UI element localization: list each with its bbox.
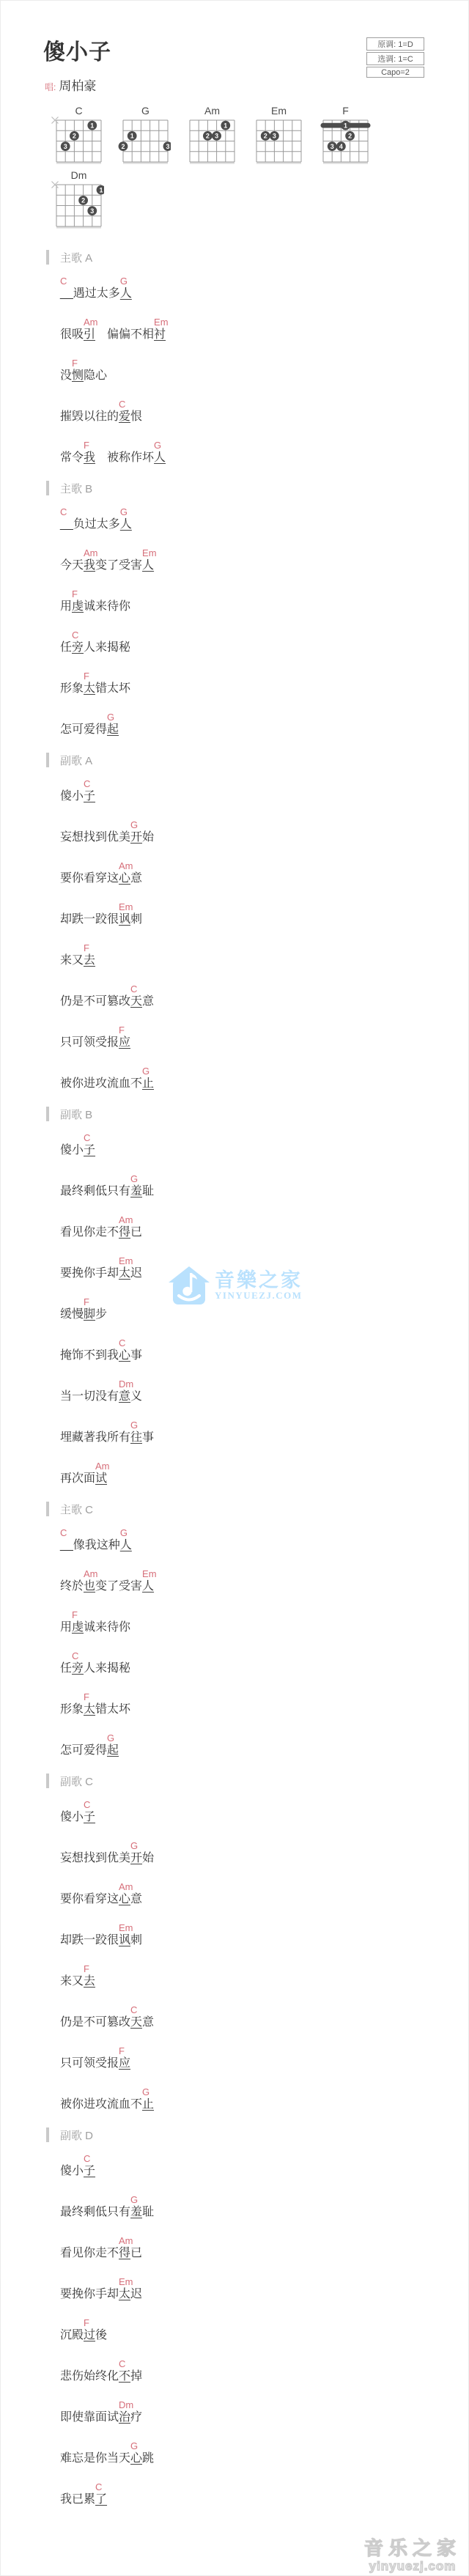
lyric-token: 遇过太多 bbox=[73, 287, 120, 300]
lyric-text: 迟 bbox=[130, 1266, 142, 1280]
lyric-text: 心 bbox=[119, 871, 130, 885]
chord-label: C bbox=[119, 2358, 125, 2369]
lyric-token: Am也 bbox=[84, 1579, 95, 1593]
lyric-text: 子 bbox=[84, 1810, 95, 1824]
lyric-token: F恻 bbox=[72, 369, 84, 383]
lyric-text: 应 bbox=[119, 2056, 130, 2070]
chord-label: G bbox=[130, 2440, 138, 2451]
chord-diagram-f: F1234 bbox=[317, 106, 371, 166]
singer-name: 周柏豪 bbox=[59, 79, 96, 93]
section-label: 副歌 A bbox=[60, 753, 92, 768]
lyric-token: 被你进攻流血不 bbox=[60, 1077, 142, 1090]
chord-label: F bbox=[72, 1609, 78, 1620]
lyric-text: 终於 bbox=[60, 1579, 84, 1593]
lyric-line: 今天Am我变了受害Em人 bbox=[60, 547, 469, 572]
section-label: 副歌 D bbox=[60, 2127, 93, 2143]
lyric-text: 事 bbox=[130, 1348, 142, 1362]
lyric-text: 心 bbox=[119, 1348, 130, 1362]
lyric-text: 要挽你手却 bbox=[60, 2287, 119, 2301]
lyric-text: 要你看穿这 bbox=[60, 1892, 119, 1906]
lyric-token: C子 bbox=[84, 2164, 95, 2178]
lyric-text: 去 bbox=[84, 1974, 95, 1988]
chord-label: G bbox=[142, 2086, 149, 2097]
lyric-text: 偏偏不相 bbox=[95, 328, 154, 342]
lyric-text: 妄想找到优美 bbox=[60, 830, 130, 844]
svg-text:3: 3 bbox=[166, 143, 169, 150]
lyric-line: 只可领受报F应 bbox=[60, 2045, 469, 2070]
lyric-text: 治 bbox=[119, 2410, 130, 2424]
lyric-text: 当一切没有 bbox=[60, 1390, 119, 1403]
chord-label: C bbox=[60, 506, 67, 517]
lyric-text: 也 bbox=[84, 1579, 95, 1593]
svg-text:1: 1 bbox=[344, 122, 347, 129]
lyric-text: 已 bbox=[130, 1225, 142, 1239]
lyric-token: 刺 bbox=[130, 912, 142, 926]
lyric-token: G羞 bbox=[130, 2205, 142, 2219]
chord-label: C bbox=[130, 983, 137, 994]
lyric-line: 沉殿F过後 bbox=[60, 2317, 469, 2342]
lyric-text: 得 bbox=[119, 1225, 130, 1239]
section-header: 副歌 C bbox=[46, 1774, 469, 1788]
lyric-text: 後 bbox=[95, 2328, 107, 2342]
chord-label: Em bbox=[119, 901, 133, 912]
lyric-token: F虔 bbox=[72, 1620, 84, 1634]
lyric-token: C心 bbox=[119, 1348, 130, 1362]
lyric-text: 却跌一跤很 bbox=[60, 912, 119, 926]
lyric-token: Dm治 bbox=[119, 2410, 130, 2424]
lyric-line: 妄想找到优美G开始 bbox=[60, 819, 469, 844]
lyric-line: 缓慢F脚步 bbox=[60, 1296, 469, 1321]
lyric-text: 义 bbox=[130, 1390, 142, 1403]
lyric-token: 却跌一跤很 bbox=[60, 912, 119, 926]
lyric-line: 摧毁以往的C爱恨 bbox=[60, 399, 469, 424]
lyric-token: G心 bbox=[130, 2451, 142, 2465]
lyric-text: 傻小 bbox=[60, 2164, 84, 2178]
lyric-token: 意 bbox=[130, 1892, 142, 1906]
lyric-token: G止 bbox=[142, 1077, 154, 1090]
svg-text:2: 2 bbox=[348, 133, 352, 140]
lyric-token: 耻 bbox=[142, 1184, 154, 1198]
lyric-token: 却跌一跤很 bbox=[60, 1933, 119, 1947]
lyric-text: 始 bbox=[142, 830, 154, 844]
lyric-text: 虔 bbox=[72, 599, 84, 613]
chord-label: Am bbox=[84, 1568, 98, 1579]
lyric-token: Em太 bbox=[119, 2287, 130, 2301]
lyric-text: 最终剩低只有 bbox=[60, 1184, 130, 1198]
section-header: 副歌 D bbox=[46, 2127, 469, 2142]
chord-label: F bbox=[84, 1296, 89, 1307]
song-section: 主歌 CC__像我这种G人终於Am也变了受害Em人用F虔诚来待你任C旁人来揭秘形… bbox=[60, 1502, 469, 1757]
lyric-token: F太 bbox=[84, 1702, 95, 1716]
lyric-line: C__像我这种G人 bbox=[60, 1527, 469, 1552]
chord-label: C bbox=[72, 630, 78, 641]
lyric-text: 起 bbox=[107, 1743, 119, 1757]
lyric-text: 已 bbox=[130, 2246, 142, 2260]
lyric-token: F去 bbox=[84, 1974, 95, 1988]
lyric-text: 沉殿 bbox=[60, 2328, 84, 2342]
section-header: 主歌 B bbox=[46, 481, 469, 495]
lyric-token: 要挽你手却 bbox=[60, 1266, 119, 1280]
lyric-text: 往 bbox=[130, 1431, 142, 1444]
lyric-text: 恨 bbox=[130, 410, 142, 424]
lyric-token: 傻小 bbox=[60, 789, 84, 803]
lyric-token: 妄想找到优美 bbox=[60, 830, 130, 844]
svg-text:3: 3 bbox=[273, 133, 276, 140]
chord-label: C bbox=[72, 1650, 78, 1661]
svg-text:2: 2 bbox=[73, 133, 76, 140]
lyric-token: 变了受害 bbox=[95, 558, 142, 572]
lyric-token: F我 bbox=[84, 451, 95, 465]
lyric-token: 用 bbox=[60, 599, 72, 613]
lyric-token: G止 bbox=[142, 2097, 154, 2111]
lyric-line: 任C旁人来揭秘 bbox=[60, 1650, 469, 1675]
lyric-line: 却跌一跤很Em讽刺 bbox=[60, 901, 469, 926]
lyric-line: 形象F太错太坏 bbox=[60, 671, 469, 695]
lyric-text: __ bbox=[60, 517, 73, 531]
singer-label: 唱: bbox=[45, 82, 56, 92]
chord-label: G bbox=[120, 506, 128, 517]
lyric-line: 要挽你手却Em太迟 bbox=[60, 2276, 469, 2301]
lyric-text: 人来揭秘 bbox=[84, 641, 130, 654]
lyric-token: Em讽 bbox=[119, 1933, 130, 1947]
chord-label: Am bbox=[84, 547, 98, 558]
chord-diagram-name: Am bbox=[204, 106, 220, 117]
lyric-text: 傻小 bbox=[60, 1810, 84, 1824]
chord-label: F bbox=[119, 1025, 125, 1036]
lyric-line: 傻小C子 bbox=[60, 778, 469, 803]
lyric-text: 来又 bbox=[60, 953, 84, 967]
chord-label: G bbox=[130, 1420, 138, 1431]
lyric-token: C不 bbox=[119, 2369, 130, 2383]
lyric-text: 怎可爱得 bbox=[60, 723, 107, 737]
lyric-token: 用 bbox=[60, 1620, 72, 1634]
lyric-token: 要你看穿这 bbox=[60, 871, 119, 885]
lyric-token: Am心 bbox=[119, 1892, 130, 1906]
svg-text:1: 1 bbox=[99, 186, 103, 193]
chord-label: Em bbox=[154, 317, 169, 328]
chord-sheet-page: 傻小子 原调: 1=D 选调: 1=C Capo=2 唱:周柏豪 C321G21… bbox=[0, 0, 469, 2576]
key-original-row: 原调: 1=D bbox=[366, 37, 424, 51]
section-label: 副歌 B bbox=[60, 1107, 92, 1122]
lyric-text: 今天 bbox=[60, 558, 84, 572]
lyric-line: 傻小C子 bbox=[60, 1132, 469, 1157]
lyric-text: 仍是不可篡改 bbox=[60, 2015, 130, 2029]
lyric-line: 却跌一跤很Em讽刺 bbox=[60, 1922, 469, 1947]
lyric-token: 迟 bbox=[130, 2287, 142, 2301]
lyric-line: 要挽你手却Em太迟 bbox=[60, 1255, 469, 1280]
lyric-line: 仍是不可篡改C天意 bbox=[60, 2004, 469, 2029]
lyric-text: 了 bbox=[95, 2492, 107, 2506]
lyric-text: 用 bbox=[60, 599, 72, 613]
lyric-token: 後 bbox=[95, 2328, 107, 2342]
lyric-token: 形象 bbox=[60, 682, 84, 695]
lyric-token: 我已累 bbox=[60, 2492, 95, 2506]
chord-label: G bbox=[130, 1173, 138, 1184]
lyric-line: 怎可爱得G起 bbox=[60, 1732, 469, 1757]
chord-label: C bbox=[84, 1799, 90, 1810]
chord-label: Dm bbox=[119, 2399, 133, 2410]
lyric-text: 诚来待你 bbox=[84, 599, 130, 613]
chord-label: F bbox=[84, 2317, 89, 2328]
lyric-text: 事 bbox=[142, 1431, 154, 1444]
lyric-token: 意 bbox=[130, 871, 142, 885]
lyric-token: Am得 bbox=[119, 1225, 130, 1239]
lyric-token: 迟 bbox=[130, 1266, 142, 1280]
lyric-line: 看见你走不Am得已 bbox=[60, 2235, 469, 2260]
chord-label: Am bbox=[95, 1461, 110, 1472]
lyric-token: 恨 bbox=[130, 410, 142, 424]
lyric-text: 错太坏 bbox=[95, 682, 130, 695]
chord-diagram-name: C bbox=[75, 106, 82, 117]
svg-text:2: 2 bbox=[121, 143, 125, 150]
lyric-token: 常令 bbox=[60, 451, 84, 465]
svg-text:4: 4 bbox=[339, 143, 343, 150]
chord-diagram-name: F bbox=[342, 106, 349, 117]
lyric-token: 只可领受报 bbox=[60, 1036, 119, 1049]
lyric-text: 错太坏 bbox=[95, 1702, 130, 1716]
lyric-text: 耻 bbox=[142, 2205, 154, 2219]
lyric-token: 看见你走不 bbox=[60, 2246, 119, 2260]
lyric-line: 难忘是你当天G心跳 bbox=[60, 2440, 469, 2465]
watermark-bottom-en: yinyuezj.com bbox=[364, 2559, 461, 2574]
lyric-token: 刺 bbox=[130, 1933, 142, 1947]
lyric-text: 隐心 bbox=[84, 369, 107, 383]
lyric-line: 掩饰不到我C心事 bbox=[60, 1337, 469, 1362]
chord-diagram-em: Em23 bbox=[251, 106, 304, 166]
lyric-token: 最终剩低只有 bbox=[60, 1184, 130, 1198]
chord-label: Am bbox=[119, 2235, 133, 2246]
lyric-line: 常令F我 被称作坏G人 bbox=[60, 440, 469, 465]
lyric-text: 傻小 bbox=[60, 1143, 84, 1157]
song-section: 副歌 A傻小C子妄想找到优美G开始要你看穿这Am心意却跌一跤很Em讽刺来又F去仍… bbox=[60, 753, 469, 1090]
lyric-line: 最终剩低只有G羞耻 bbox=[60, 2194, 469, 2219]
lyric-token: 错太坏 bbox=[95, 1702, 130, 1716]
chord-label: G bbox=[154, 440, 161, 451]
lyric-token: 仍是不可篡改 bbox=[60, 994, 130, 1008]
lyric-token: Em人 bbox=[142, 1579, 154, 1593]
lyric-text: __ bbox=[60, 287, 73, 300]
lyric-line: 仍是不可篡改C天意 bbox=[60, 983, 469, 1008]
lyric-text: 止 bbox=[142, 2097, 154, 2111]
lyric-text: 变了受害 bbox=[95, 558, 142, 572]
lyric-token: 义 bbox=[130, 1390, 142, 1403]
lyric-token: 今天 bbox=[60, 558, 84, 572]
lyric-text: 难忘是你当天 bbox=[60, 2451, 130, 2465]
lyric-text: 悲伤始终化 bbox=[60, 2369, 119, 2383]
lyric-text: 最终剩低只有 bbox=[60, 2205, 130, 2219]
lyric-token: Em太 bbox=[119, 1266, 130, 1280]
lyric-token: 掉 bbox=[130, 2369, 142, 2383]
watermark-bottom: 音乐之家 yinyuezj.com bbox=[364, 2537, 461, 2574]
svg-text:1: 1 bbox=[90, 122, 94, 129]
lyric-text: 遇过太多 bbox=[73, 287, 120, 300]
chord-label: C bbox=[84, 2153, 90, 2164]
lyric-text: 负过太多 bbox=[73, 517, 120, 531]
lyric-text: 始 bbox=[142, 1851, 154, 1865]
lyric-line: 任C旁人来揭秘 bbox=[60, 630, 469, 654]
lyric-text: 形象 bbox=[60, 1702, 84, 1716]
lyric-token: 人来揭秘 bbox=[84, 641, 130, 654]
lyric-line: 来又F去 bbox=[60, 942, 469, 967]
lyric-text: 太 bbox=[84, 682, 95, 695]
chord-label: C bbox=[119, 1337, 125, 1348]
lyric-token: 傻小 bbox=[60, 1143, 84, 1157]
chord-diagram-name: G bbox=[141, 106, 149, 117]
chord-diagram-name: Dm bbox=[71, 170, 87, 181]
chord-label: C bbox=[60, 1527, 67, 1538]
lyric-token: C__ bbox=[60, 287, 73, 300]
lyric-token: 事 bbox=[130, 1348, 142, 1362]
chord-diagram-row-1: C321G213Am231Em23F1234 bbox=[51, 106, 384, 166]
lyric-text: 仍是不可篡改 bbox=[60, 994, 130, 1008]
lyric-token: Am试 bbox=[95, 1472, 107, 1486]
lyric-text: 人 bbox=[142, 1579, 154, 1593]
lyric-text: 人 bbox=[142, 558, 154, 572]
section-bar-icon bbox=[46, 2127, 49, 2142]
lyric-token: 错太坏 bbox=[95, 682, 130, 695]
lyric-token: 沉殿 bbox=[60, 2328, 84, 2342]
lyric-token: 悲伤始终化 bbox=[60, 2369, 119, 2383]
lyric-text: 我已累 bbox=[60, 2492, 95, 2506]
chord-label: Dm bbox=[119, 1379, 133, 1390]
lyric-token: 掩饰不到我 bbox=[60, 1348, 119, 1362]
lyric-text: 要你看穿这 bbox=[60, 871, 119, 885]
lyric-token: Am我 bbox=[84, 558, 95, 572]
chord-label: Am bbox=[119, 860, 133, 871]
lyric-token: 被你进攻流血不 bbox=[60, 2097, 142, 2111]
lyric-token: 最终剩低只有 bbox=[60, 2205, 130, 2219]
lyric-line: 埋藏著我所有G往事 bbox=[60, 1420, 469, 1444]
lyric-text: 天 bbox=[130, 994, 142, 1008]
lyric-text: 太 bbox=[84, 1702, 95, 1716]
lyric-token: C了 bbox=[95, 2492, 107, 2506]
section-label: 副歌 C bbox=[60, 1774, 93, 1789]
key-selected-row: 选调: 1=C bbox=[366, 52, 424, 65]
lyric-token: 人来揭秘 bbox=[84, 1661, 130, 1675]
lyric-token: 来又 bbox=[60, 953, 84, 967]
song-section: 副歌 D傻小C子最终剩低只有G羞耻看见你走不Am得已要挽你手却Em太迟沉殿F过後… bbox=[60, 2127, 469, 2506]
lyrics-area: 主歌 AC__遇过太多G人很吸Am引 偏偏不相Em衬没F恻隐心摧毁以往的C爱恨常… bbox=[1, 250, 469, 2523]
lyric-text: 迟 bbox=[130, 2287, 142, 2301]
lyric-text: 只可领受报 bbox=[60, 1036, 119, 1049]
lyric-token: F应 bbox=[119, 1036, 130, 1049]
chord-label: Am bbox=[84, 317, 98, 328]
lyric-token: 隐心 bbox=[84, 369, 107, 383]
lyric-token: 怎可爱得 bbox=[60, 1743, 107, 1757]
lyric-token: Em人 bbox=[142, 558, 154, 572]
lyric-token: Am得 bbox=[119, 2246, 130, 2260]
chord-label: Em bbox=[119, 2276, 133, 2287]
lyric-token: 要你看穿这 bbox=[60, 1892, 119, 1906]
lyric-token: 负过太多 bbox=[73, 517, 120, 531]
chord-label: G bbox=[142, 1066, 149, 1077]
lyric-text: 跳 bbox=[142, 2451, 154, 2465]
svg-text:3: 3 bbox=[330, 143, 334, 150]
lyric-token: G开 bbox=[130, 830, 142, 844]
lyric-line: 被你进攻流血不G止 bbox=[60, 1066, 469, 1090]
lyric-text: 得 bbox=[119, 2246, 130, 2260]
chord-label: G bbox=[120, 276, 128, 287]
lyric-text: 再次面 bbox=[60, 1472, 95, 1486]
lyric-text: 我 bbox=[84, 558, 95, 572]
lyric-token: G人 bbox=[120, 517, 132, 531]
lyric-text: 天 bbox=[130, 2015, 142, 2029]
lyric-token: 怎可爱得 bbox=[60, 723, 107, 737]
lyric-text: 掉 bbox=[130, 2369, 142, 2383]
lyric-text: 意 bbox=[119, 1390, 130, 1403]
lyric-line: 即使靠面试Dm治疗 bbox=[60, 2399, 469, 2424]
lyric-text: 刺 bbox=[130, 1933, 142, 1947]
lyric-token: 偏偏不相 bbox=[95, 328, 154, 342]
lyric-line: 只可领受报F应 bbox=[60, 1025, 469, 1049]
section-header: 主歌 A bbox=[46, 250, 469, 265]
song-section: 主歌 BC__负过太多G人今天Am我变了受害Em人用F虔诚来待你任C旁人来揭秘形… bbox=[60, 481, 469, 737]
lyric-text: 应 bbox=[119, 1036, 130, 1049]
lyric-line: 要你看穿这Am心意 bbox=[60, 860, 469, 885]
lyric-text: 只可领受报 bbox=[60, 2056, 119, 2070]
chord-label: F bbox=[84, 1691, 89, 1702]
lyric-line: 终於Am也变了受害Em人 bbox=[60, 1568, 469, 1593]
lyric-text: 旁 bbox=[72, 641, 84, 654]
lyric-text: 变了受害 bbox=[95, 1579, 142, 1593]
lyric-text: 开 bbox=[130, 1851, 142, 1865]
lyric-token: G人 bbox=[154, 451, 166, 465]
lyric-token: 仍是不可篡改 bbox=[60, 2015, 130, 2029]
lyric-token: C旁 bbox=[72, 641, 84, 654]
lyric-text: 衬 bbox=[154, 328, 166, 342]
lyric-token: Am心 bbox=[119, 871, 130, 885]
lyric-token: 诚来待你 bbox=[84, 599, 130, 613]
lyric-text: 讽 bbox=[119, 1933, 130, 1947]
chord-diagram-c: C321 bbox=[51, 106, 104, 166]
lyric-text: 被称作坏 bbox=[95, 451, 154, 465]
lyric-line: 形象F太错太坏 bbox=[60, 1691, 469, 1716]
lyric-token: F太 bbox=[84, 682, 95, 695]
lyric-text: 人 bbox=[120, 517, 132, 531]
lyric-text: 意 bbox=[130, 1892, 142, 1906]
lyric-token: C子 bbox=[84, 1810, 95, 1824]
lyric-token: 来又 bbox=[60, 1974, 84, 1988]
lyric-text: 任 bbox=[60, 641, 72, 654]
lyric-token: 始 bbox=[142, 830, 154, 844]
chord-label: F bbox=[84, 671, 89, 682]
lyric-token: 任 bbox=[60, 1661, 72, 1675]
chord-diagram-g: G213 bbox=[117, 106, 171, 166]
chord-diagram-row-2: Dm123 bbox=[51, 170, 117, 230]
lyric-token: 形象 bbox=[60, 1702, 84, 1716]
lyric-text: 试 bbox=[95, 1472, 107, 1486]
key-capo-row: Capo=2 bbox=[366, 67, 424, 78]
lyric-text: 被你进攻流血不 bbox=[60, 1077, 142, 1090]
lyric-token: G起 bbox=[107, 723, 119, 737]
section-header: 副歌 B bbox=[46, 1107, 469, 1121]
lyric-token: G人 bbox=[120, 287, 132, 300]
chord-label: Em bbox=[119, 1255, 133, 1266]
lyric-text: 虔 bbox=[72, 1620, 84, 1634]
lyric-text: 不 bbox=[119, 2369, 130, 2383]
lyric-token: 意 bbox=[142, 994, 154, 1008]
chord-label: C bbox=[60, 276, 67, 287]
lyric-text: __ bbox=[60, 1538, 73, 1552]
svg-text:2: 2 bbox=[264, 133, 267, 140]
lyric-line: 要你看穿这Am心意 bbox=[60, 1881, 469, 1906]
chord-diagram-name: Em bbox=[271, 106, 287, 117]
lyric-text: 止 bbox=[142, 1077, 154, 1090]
lyric-text: 诚来待你 bbox=[84, 1620, 130, 1634]
lyric-token: C子 bbox=[84, 789, 95, 803]
lyric-token: 难忘是你当天 bbox=[60, 2451, 130, 2465]
lyric-text: 来又 bbox=[60, 1974, 84, 1988]
